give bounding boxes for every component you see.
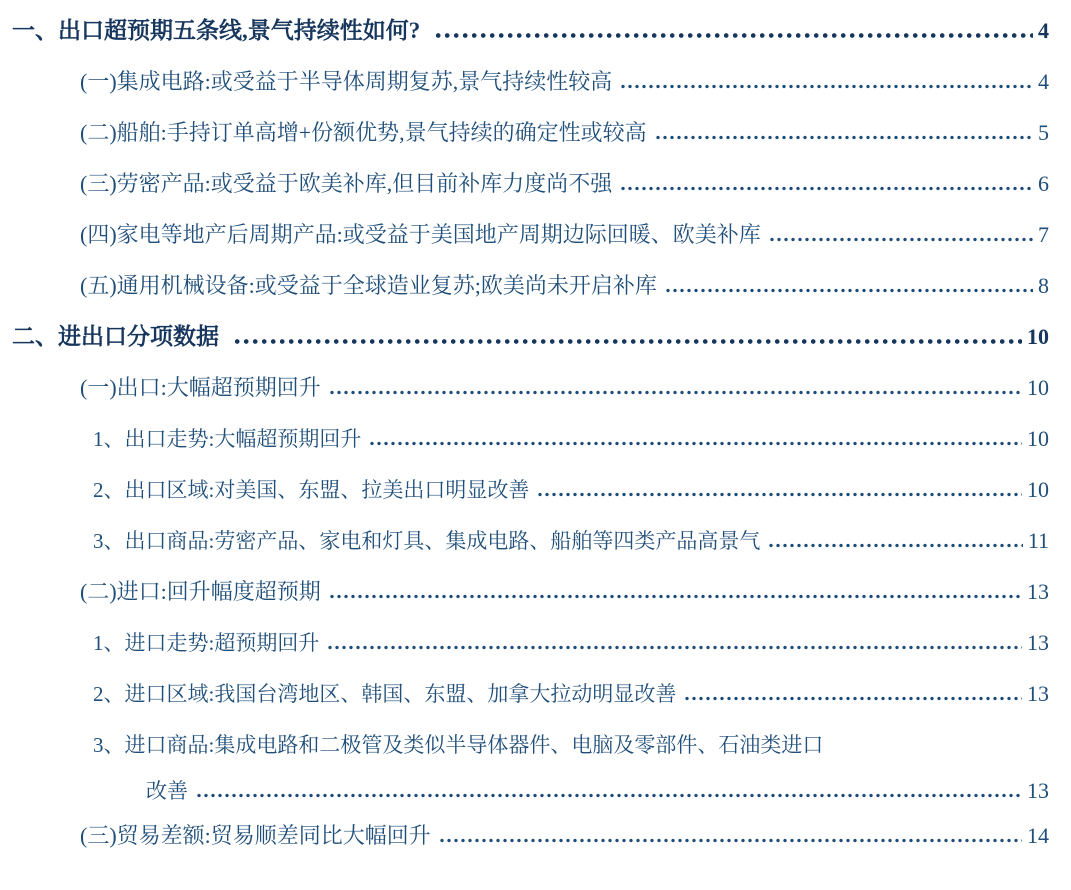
dot-leader [666,286,1033,295]
toc-entry[interactable]: (二)船舶:手持订单高增+份额优势,景气持续的确定性或较高5 [6,119,1049,147]
toc-entry-label-continued: 改善 [93,777,188,805]
page-number: 10 [1027,323,1049,351]
toc-entry-label: 3、进口商品:集成电路和二极管及类似半导体器件、电脑及零部件、石油类进口 [93,731,823,759]
toc-entry-label: (三)贸易差额:贸易顺差同比大幅回升 [80,822,431,850]
toc-entry-label: 1、出口走势:大幅超预期回升 [93,425,361,453]
page-number: 7 [1038,221,1049,249]
toc-entry-label: 二、进出口分项数据 [12,323,219,351]
toc-entry-label: (二)船舶:手持订单高增+份额优势,景气持续的确定性或较高 [80,119,647,147]
page-number: 6 [1038,170,1049,198]
dot-leader [440,836,1022,845]
toc-entry[interactable]: (三)劳密产品:或受益于欧美补库,但目前补库力度尚不强6 [6,170,1049,198]
toc-entry-label: 3、出口商品:劳密产品、家电和灯具、集成电路、船舶等四类产品高景气 [93,527,760,555]
toc-entry[interactable]: (一)集成电路:或受益于半导体周期复苏,景气持续性较高4 [6,68,1049,96]
dot-leader [621,82,1033,91]
toc-entry-label: 2、出口区域:对美国、东盟、拉美出口明显改善 [93,476,529,504]
dot-leader [436,31,1033,40]
dot-leader [769,541,1022,550]
page-number: 14 [1027,822,1049,850]
page-number: 13 [1027,680,1049,708]
dot-leader [330,388,1022,397]
toc-entry-label: (四)家电等地产后周期产品:或受益于美国地产周期边际回暖、欧美补库 [80,221,761,249]
toc-page: 一、出口超预期五条线,景气持续性如何?4(一)集成电路:或受益于半导体周期复苏,… [0,0,1071,890]
toc-entry[interactable]: 1、出口走势:大幅超预期回升10 [6,425,1049,453]
toc-entry-label: (一)集成电路:或受益于半导体周期复苏,景气持续性较高 [80,68,612,96]
dot-leader [235,337,1022,346]
dot-leader [770,235,1033,244]
toc-entry-line: 3、进口商品:集成电路和二极管及类似半导体器件、电脑及零部件、石油类进口 [93,731,1049,759]
page-number: 13 [1027,578,1049,606]
toc-entry[interactable]: (三)贸易差额:贸易顺差同比大幅回升14 [6,822,1049,850]
dot-leader [685,694,1022,703]
page-number: 4 [1038,68,1049,96]
dot-leader [330,592,1022,601]
toc-entry[interactable]: 3、出口商品:劳密产品、家电和灯具、集成电路、船舶等四类产品高景气11 [6,527,1049,555]
toc-entry-label: (一)出口:大幅超预期回升 [80,374,321,402]
toc-entry[interactable]: 二、进出口分项数据10 [6,323,1049,351]
toc-entry-label: (五)通用机械设备:或受益于全球造业复苏;欧美尚未开启补库 [80,272,657,300]
toc-entry[interactable]: 2、出口区域:对美国、东盟、拉美出口明显改善10 [6,476,1049,504]
toc-entry[interactable]: 1、进口走势:超预期回升13 [6,629,1049,657]
dot-leader [621,184,1033,193]
dot-leader [197,791,1022,800]
toc-entry[interactable]: (二)进口:回升幅度超预期13 [6,578,1049,606]
dot-leader [370,439,1022,448]
page-number: 11 [1028,527,1049,555]
page-number: 4 [1038,17,1049,45]
toc-entry-line: 改善13 [93,777,1049,805]
page-number: 5 [1038,119,1049,147]
page-number: 8 [1038,272,1049,300]
table-of-contents: 一、出口超预期五条线,景气持续性如何?4(一)集成电路:或受益于半导体周期复苏,… [6,17,1049,850]
toc-entry[interactable]: 3、进口商品:集成电路和二极管及类似半导体器件、电脑及零部件、石油类进口改善13 [6,731,1049,805]
toc-entry[interactable]: (五)通用机械设备:或受益于全球造业复苏;欧美尚未开启补库8 [6,272,1049,300]
page-number: 10 [1027,476,1049,504]
toc-entry[interactable]: (四)家电等地产后周期产品:或受益于美国地产周期边际回暖、欧美补库7 [6,221,1049,249]
toc-entry[interactable]: (一)出口:大幅超预期回升10 [6,374,1049,402]
page-number: 13 [1027,777,1049,805]
dot-leader [328,643,1022,652]
toc-entry-label: 一、出口超预期五条线,景气持续性如何? [12,17,420,45]
page-number: 13 [1027,629,1049,657]
toc-entry[interactable]: 一、出口超预期五条线,景气持续性如何?4 [6,17,1049,45]
page-number: 10 [1027,374,1049,402]
page-number: 10 [1027,425,1049,453]
dot-leader [538,490,1022,499]
toc-entry[interactable]: 2、进口区域:我国台湾地区、韩国、东盟、加拿大拉动明显改善13 [6,680,1049,708]
toc-entry-label: 1、进口走势:超预期回升 [93,629,319,657]
toc-entry-label: (二)进口:回升幅度超预期 [80,578,321,606]
toc-entry-label: (三)劳密产品:或受益于欧美补库,但目前补库力度尚不强 [80,170,612,198]
dot-leader [656,133,1033,142]
toc-entry-label: 2、进口区域:我国台湾地区、韩国、东盟、加拿大拉动明显改善 [93,680,676,708]
